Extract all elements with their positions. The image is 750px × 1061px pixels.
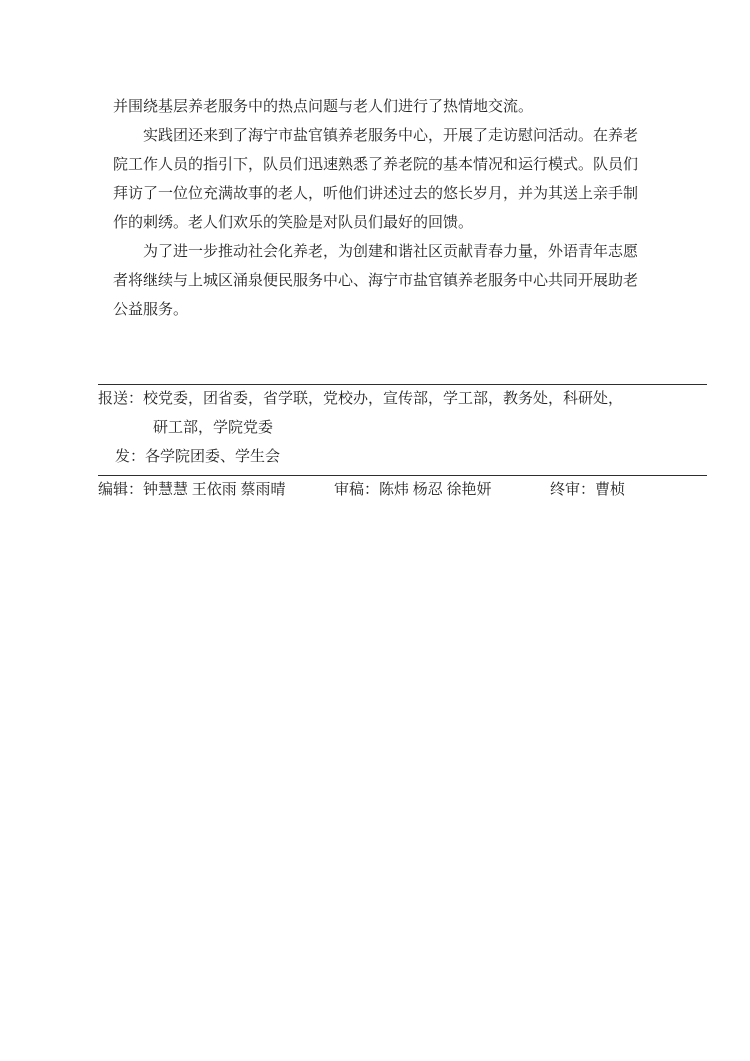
distribution-list-line2: 研工部，学院党委 [98, 414, 707, 443]
paragraph-continuation: 并围绕基层养老服务中的热点问题与老人们进行了热情地交流。 [113, 93, 638, 122]
editors-credit: 编辑：钟慧慧 王依雨 蔡雨晴 [98, 476, 286, 505]
footer-block: 报送：校党委，团省委，省学联，党校办，宣传部，学工部，教务处，科研处， 研工部，… [98, 384, 707, 505]
final-review-credit: 终审：曹桢 [550, 476, 625, 505]
credits-row: 编辑：钟慧慧 王依雨 蔡雨晴 审稿：陈炜 杨忍 徐艳妍 终审：曹桢 [98, 476, 707, 505]
body-text: 并围绕基层养老服务中的热点问题与老人们进行了热情地交流。 实践团还来到了海宁市盐… [113, 93, 638, 325]
paragraph-visit: 实践团还来到了海宁市盐官镇养老服务中心，开展了走访慰问活动。在养老院工作人员的指… [113, 122, 638, 238]
reviewers-credit: 审稿：陈炜 杨忍 徐艳妍 [334, 476, 492, 505]
paragraph-outlook: 为了进一步推动社会化养老，为创建和谐社区贡献青春力量，外语青年志愿者将继续与上城… [113, 238, 638, 325]
send-list-line: 发：各学院团委、学生会 [98, 443, 707, 472]
distribution-list-line1: 报送：校党委，团省委，省学联，党校办，宣传部，学工部，教务处，科研处， [98, 385, 707, 414]
document-page: 并围绕基层养老服务中的热点问题与老人们进行了热情地交流。 实践团还来到了海宁市盐… [0, 0, 750, 1061]
